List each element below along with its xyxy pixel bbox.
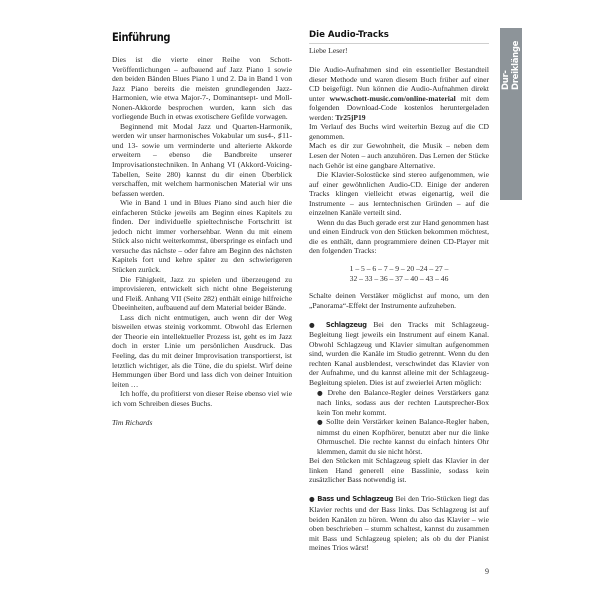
- intro-paragraph-6: Ich hoffe, du profitierst von dieser Rei…: [112, 389, 292, 408]
- download-code: Tr25jP19: [335, 113, 365, 122]
- mono-paragraph: Schalte deinen Verstäker möglichst auf m…: [309, 291, 489, 310]
- bullet-icon: ●: [309, 495, 315, 503]
- introduction-heading: Einführung: [112, 30, 267, 44]
- intro-paragraph-5: Lass dich nicht entmutigen, auch wenn di…: [112, 313, 292, 389]
- bullet-icon: ●: [317, 389, 324, 397]
- download-url-link[interactable]: www.schott-music.com/online-material: [330, 94, 456, 103]
- drums-option-2: ● Sollte dein Verstärker keinen Balance-…: [309, 417, 489, 456]
- drums-option-1: ● Drehe den Balance-Regler deines Verstä…: [309, 388, 489, 418]
- bass-drums-keyword: Bass und Schlagzeug: [317, 495, 393, 503]
- track-list-line-1: 1 – 5 – 6 – 7 – 9 – 20 –24 – 27 –: [309, 264, 489, 274]
- introduction-column: Einführung Dies ist die vierte einer Rei…: [112, 30, 292, 427]
- audio-intro-paragraph: Die Audio-Aufnahmen sind ein essentielle…: [309, 65, 489, 122]
- audio-tracks-heading: Die Audio-Tracks: [309, 30, 489, 44]
- greeting: Liebe Leser!: [309, 46, 489, 56]
- page-number: 9: [485, 567, 489, 576]
- intro-paragraph-2: Beginnend mit Modal Jazz und Quarten-Har…: [112, 122, 292, 198]
- track-list: 1 – 5 – 6 – 7 – 9 – 20 –24 – 27 – 32 – 3…: [309, 264, 489, 283]
- audio-tracks-column: Die Audio-Tracks Liebe Leser! Die Audio-…: [309, 30, 489, 553]
- bullet-icon: ●: [309, 321, 319, 329]
- cd-reference-paragraph: Im Verlauf des Buchs wird weiterhin Bezu…: [309, 122, 489, 141]
- track-list-line-2: 32 – 33 – 36 – 37 – 40 – 43 – 46: [309, 274, 489, 284]
- listening-habit-paragraph: Mach es dir zur Gewohnheit, die Musik – …: [309, 141, 489, 170]
- intro-paragraph-1: Dies ist die vierte einer Reihe von Scho…: [112, 55, 292, 122]
- bass-drums-paragraph: ● Bass und Schlagzeug Bei den Trio-Stück…: [309, 494, 489, 552]
- bullet-icon: ●: [317, 418, 323, 426]
- program-tracks-paragraph: Wenn du das Buch gerade erst zur Hand ge…: [309, 218, 489, 256]
- drums-paragraph: ● Schlagzeug Bei den Tracks mit Schlagze…: [309, 320, 489, 388]
- intro-paragraph-4: Die Fähigkeit, Jazz zu spielen und überz…: [112, 275, 292, 313]
- drums-keyword: Schlagzeug: [326, 321, 367, 329]
- intro-paragraph-3: Wie in Band 1 und in Blues Piano sind au…: [112, 198, 292, 274]
- chapter-side-label: Dur-Dreiklänge: [500, 28, 522, 90]
- stereo-paragraph: Die Klavier-Solostücke sind stereo aufge…: [309, 170, 489, 218]
- drums-after-paragraph: Bei den Stücken mit Schlagzeug spielt da…: [309, 456, 489, 485]
- author-signature: Tim Richards: [112, 418, 292, 428]
